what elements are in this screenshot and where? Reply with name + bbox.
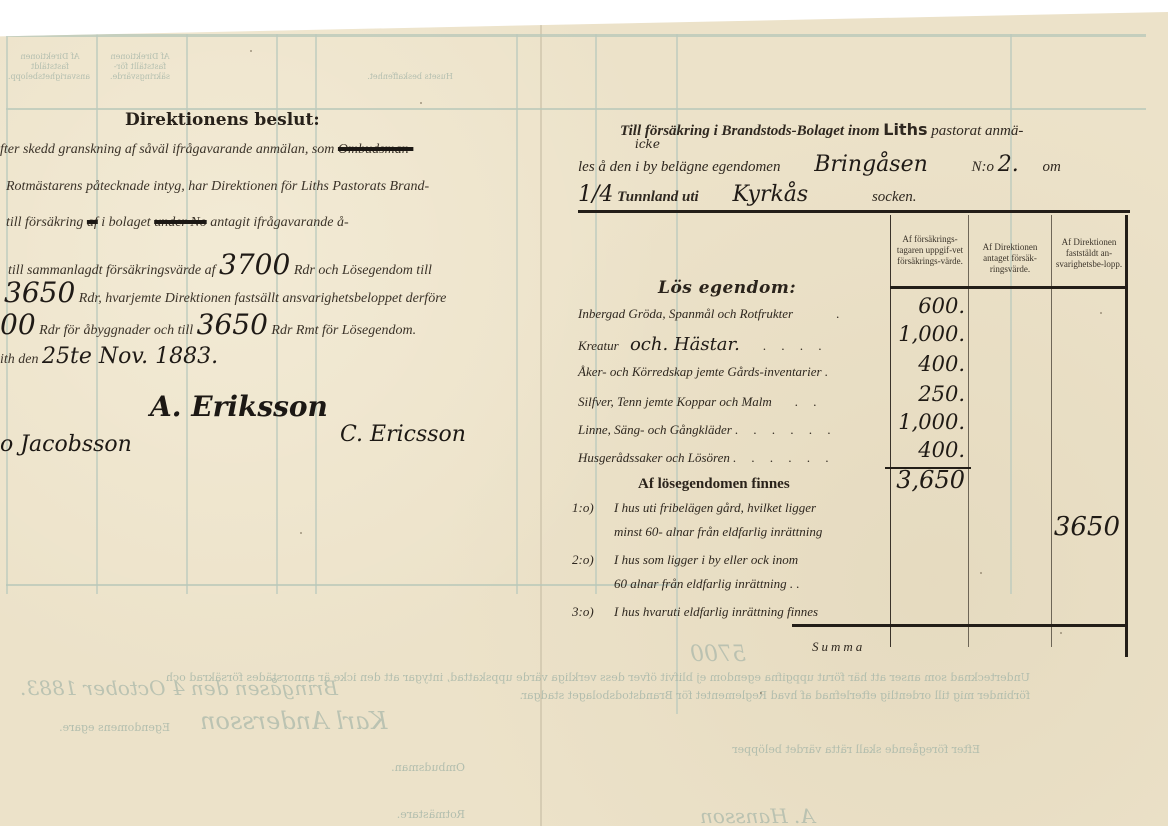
decision-line-5: 3650 Rdr, hvarjemte Direktionen fastsäll… (4, 276, 446, 309)
handwritten-property-number: 2. (998, 152, 1019, 177)
decision-line-3: till försäkring af i bolaget under No an… (6, 215, 349, 231)
column-header-director-value: Af Direktionen antaget försäk-ringsvärde… (971, 242, 1049, 275)
paper-speck (250, 50, 252, 52)
handwritten-insert-icke: icke (635, 137, 660, 151)
category-liability-value: 3650 (1040, 512, 1120, 542)
handwritten-liability-value: 3650 (197, 308, 268, 341)
ghost-col-header: Af Direktionen faststäldt ansvarighetsbe… (10, 52, 90, 82)
handwritten-date: 25te Nov. 1883. (42, 344, 218, 369)
items-total: 3,650 (885, 466, 965, 494)
category-line: I hus hvaruti eldfarlig inrättning finne… (614, 604, 818, 620)
signature-jacobsson: o Jacobsson (0, 432, 132, 457)
handwritten-item-addition: och. Hästar. (630, 334, 740, 355)
struck-text: Ombudsman- (338, 142, 413, 157)
decision-date-line: ith den 25te Nov. 1883. (0, 344, 218, 369)
signature-c-ericsson: C. Ericsson (340, 422, 466, 447)
bleed-through-owner-label: Egendomens egare. (50, 720, 170, 736)
paper-speck (760, 692, 762, 694)
paper-speck (1100, 312, 1102, 314)
bleed-through-value-note: Efter föregående skall rätta värdet belö… (680, 742, 980, 758)
item-value: 600. (885, 294, 965, 318)
category-line: I hus uti fribelägen gård, hvilket ligge… (614, 500, 816, 516)
ghost-bottom-rule (6, 584, 676, 586)
category-number: 2:o) (572, 552, 594, 568)
decision-line-6: 00 Rdr för åbyggnader och till 3650 Rdr … (0, 308, 416, 341)
located-in-title: Af lösegendomen finnes (638, 476, 790, 493)
parish-name: Liths (883, 120, 927, 139)
item-row: Husgerådssaker och Lösören . . . . . . (578, 450, 835, 466)
table-col-divider (968, 215, 969, 647)
table-col-divider (1051, 215, 1052, 647)
summa-label: Summa (812, 639, 865, 655)
ghost-top-rule (6, 34, 1146, 37)
movable-property-title: Lös egendom: (658, 278, 796, 298)
bleed-through-number: 5700 (690, 642, 746, 667)
intro-line-3: 1/4 Tunnland uti Kyrkås socken. (578, 182, 917, 207)
intro-line-2: les å den i by belägne egendomen Bringås… (578, 152, 1061, 177)
paper-speck (300, 532, 302, 534)
category-line: I hus som ligger i by eller ock inom (614, 552, 798, 568)
bleed-through-rotmastare-label: Rotmästare. (385, 807, 465, 823)
bleed-through-ombudsman-label: Ombudsman. (385, 760, 465, 776)
item-value: 400. (885, 438, 965, 462)
item-row: Silfver, Tenn jemte Koppar och Malm . . (578, 394, 823, 410)
ghost-col-header: Husets beskaffenhet. (360, 72, 460, 82)
category-number: 1:o) (572, 500, 594, 516)
category-line: minst 60- alnar från eldfarlig inrättnin… (614, 524, 822, 540)
summa-rule (792, 624, 1126, 627)
decision-line-2: Rotmästarens påtecknade intyg, har Direk… (6, 179, 429, 195)
column-header-liability: Af Direktionen faststäldt an-svarighetsb… (1054, 237, 1124, 270)
table-top-rule (578, 210, 1130, 213)
signature-a-eriksson: A. Eriksson (150, 390, 328, 423)
item-row: Kreatur och. Hästar. . . . . (578, 334, 828, 355)
bleed-through-signature: A. Hansson (700, 804, 815, 826)
handwritten-parish: Kyrkås (732, 182, 808, 207)
directors-decision-title: Direktionens beslut: (125, 110, 320, 130)
item-row: Linne, Säng- och Gångkläder . . . . . . (578, 422, 837, 438)
category-line: 60 alnar från eldfarlig inrättning . . (614, 576, 800, 592)
ghost-col-divider (516, 34, 518, 594)
paper-speck (125, 27, 127, 29)
item-value: 1,000. (885, 322, 965, 346)
item-row: Inbergad Gröda, Spanmål och Rotfrukter . (578, 306, 846, 322)
handwritten-property-name: Bringåsen (814, 152, 928, 177)
paper-speck (1060, 632, 1062, 634)
column-header-owner-value: Af försäkrings-tagaren uppgif-vet försäk… (893, 234, 967, 267)
handwritten-fraction: 1/4 (578, 182, 613, 207)
ghost-col-divider (1010, 34, 1012, 594)
item-value: 250. (885, 382, 965, 406)
header-bottom-rule (890, 286, 1128, 289)
paper-speck (420, 102, 422, 104)
item-row: Åker- och Körredskap jemte Gårds-inventa… (578, 364, 834, 380)
item-value: 1,000. (885, 410, 965, 434)
table-right-border (1125, 215, 1128, 657)
decision-line-1: fter skedd granskning af såväl ifrågavar… (0, 142, 413, 158)
paper-speck (980, 572, 982, 574)
item-value: 400. (885, 352, 965, 376)
handwritten-movable-value: 3650 (4, 276, 75, 309)
ghost-col-header: Af Direktionen fastställt för-säkringsvä… (100, 52, 180, 82)
intro-line-1: Till försäkring i Brandstods-Bolaget ino… (620, 120, 1023, 140)
bleed-through-handwritten-date: Bringåsen den 4 October 1883. (20, 676, 338, 700)
document-page: Af Direktionen faststäldt ansvarighetsbe… (0, 12, 1168, 826)
category-number: 3:o) (572, 604, 594, 620)
bleed-through-owner-signature: Karl Andersson (200, 707, 387, 735)
